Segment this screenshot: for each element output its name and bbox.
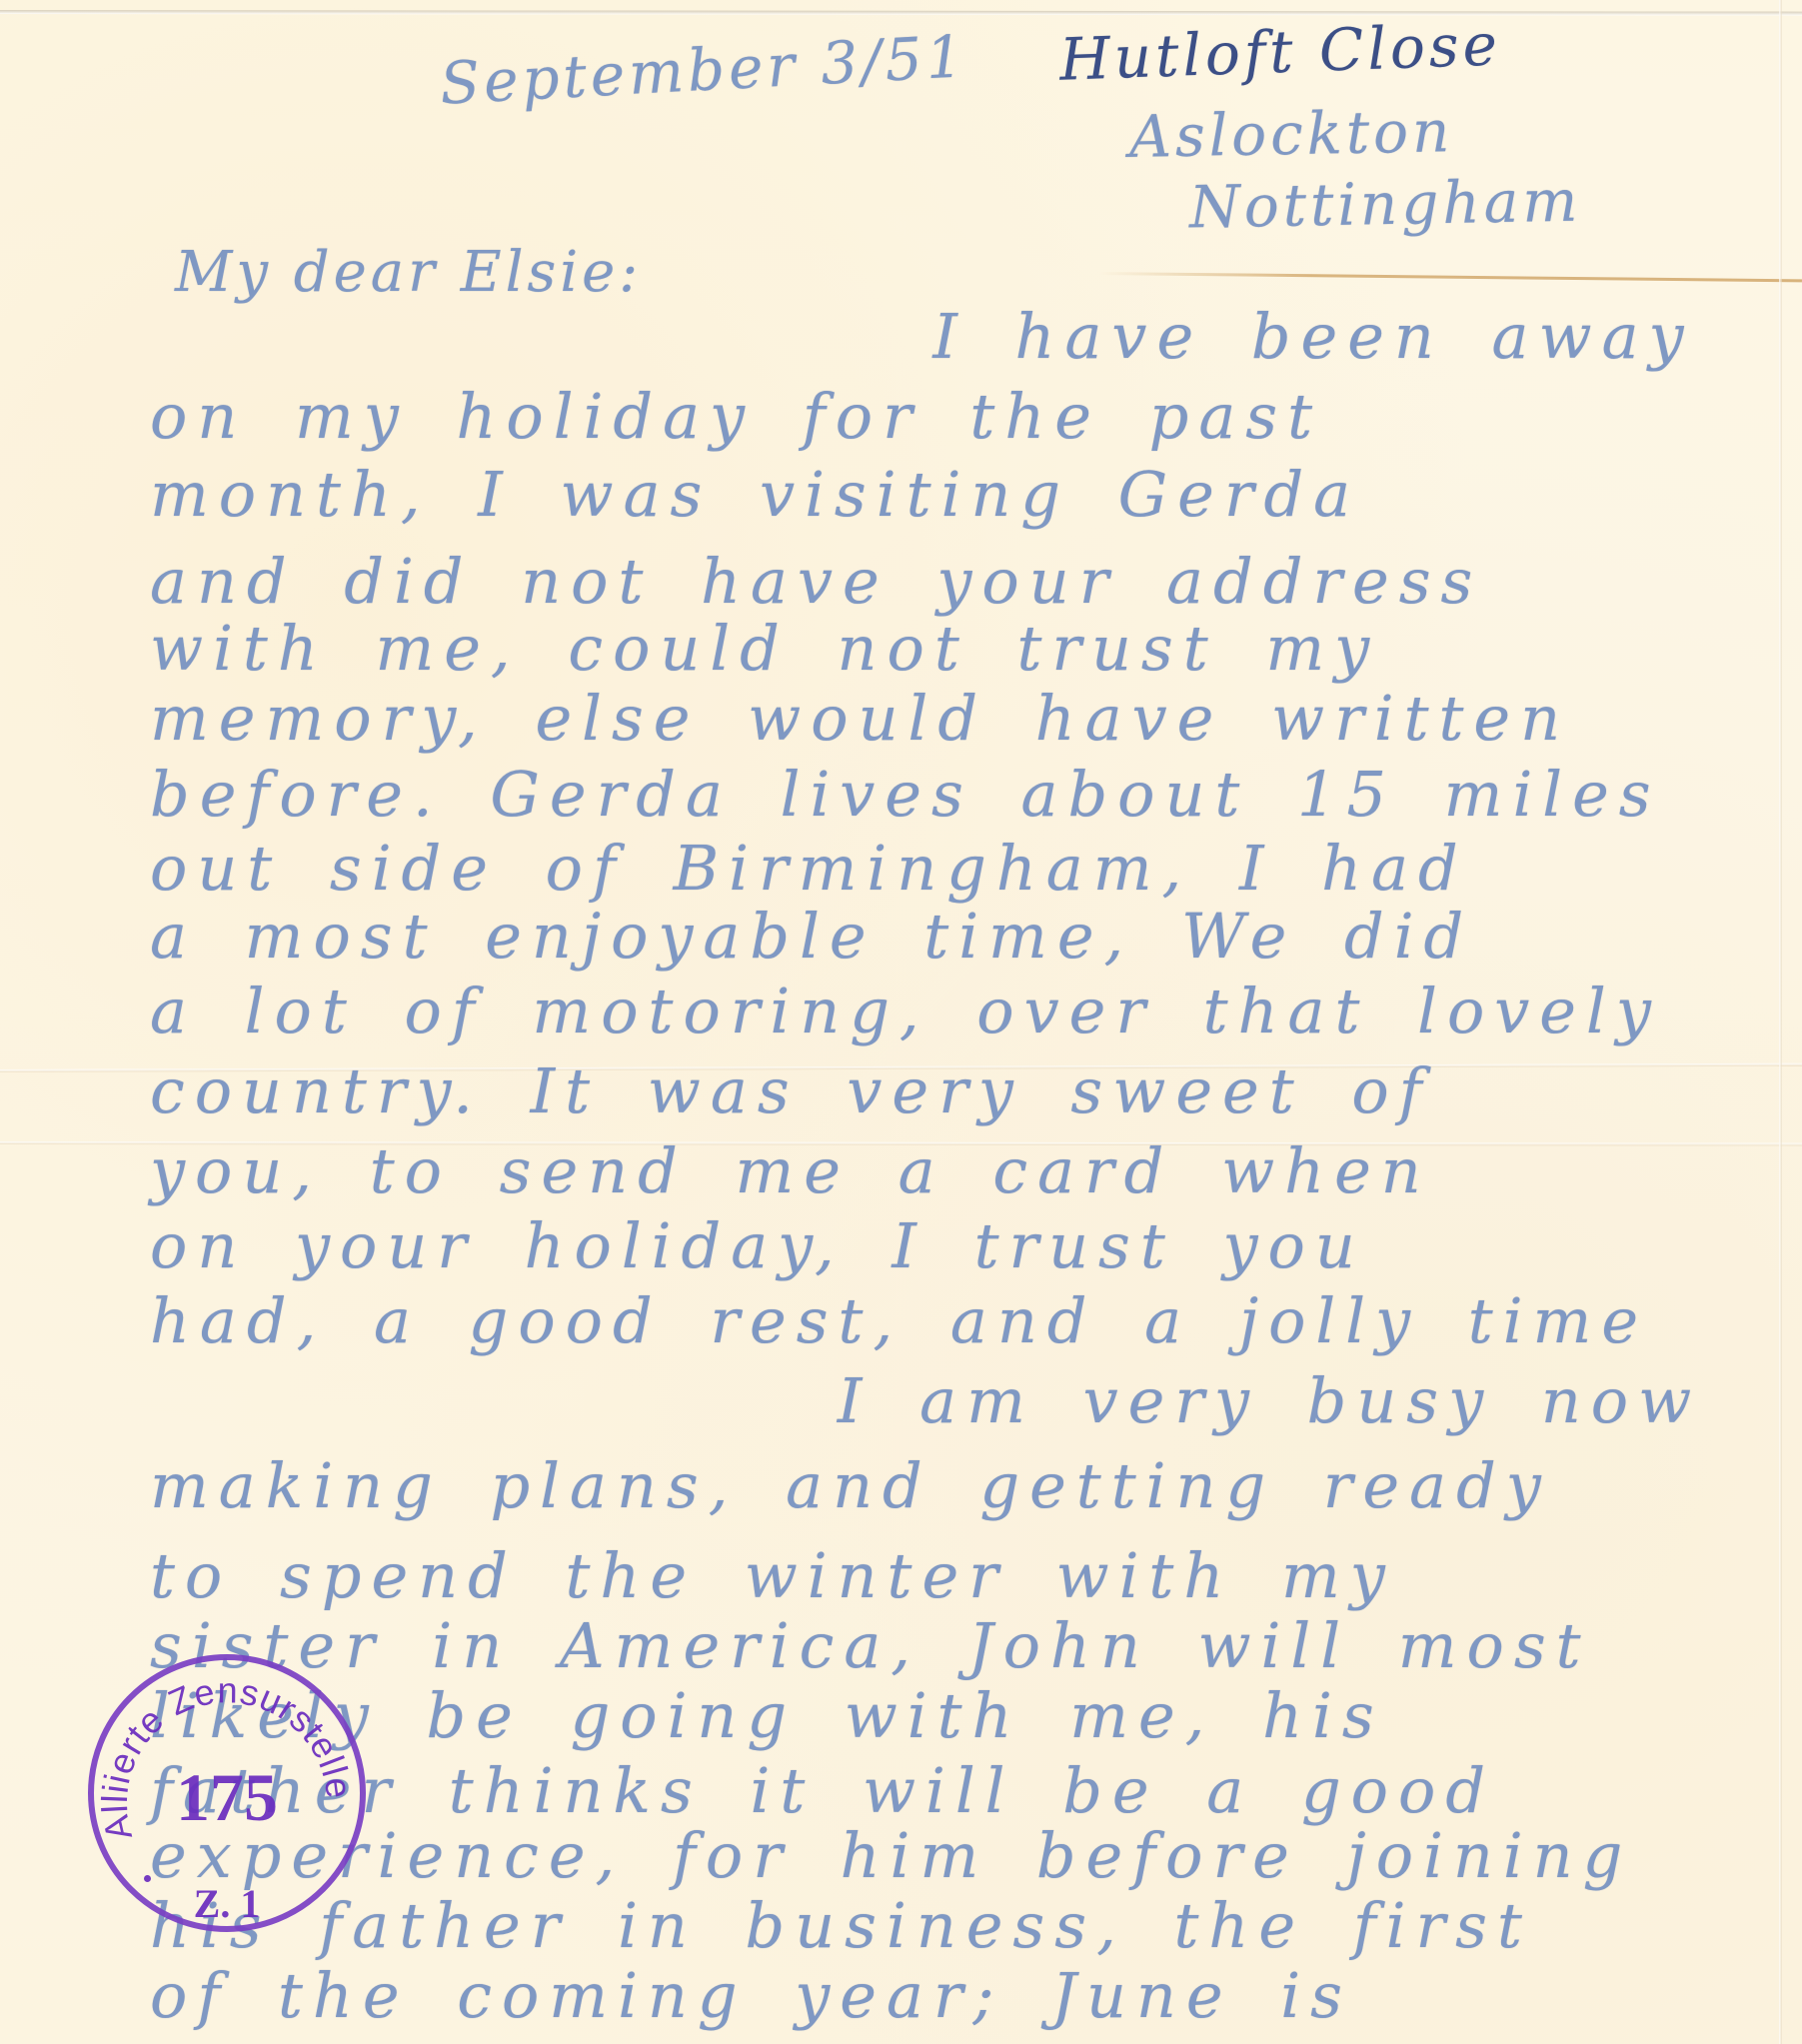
body-line: memory, else would have written (150, 682, 1570, 755)
body-line: had, a good rest, and a jolly time (150, 1284, 1648, 1357)
address-city: Nottingham (1188, 167, 1581, 242)
body-line: I am very busy now (170, 1364, 1701, 1437)
body-line: you, to send me a card when (150, 1134, 1431, 1207)
stamp-number: 175 (94, 1758, 360, 1837)
body-line: out side of Birmingham, I had (150, 832, 1468, 905)
address-town: Aslockton (1128, 97, 1453, 171)
address-street: Hutloft Close (1058, 10, 1502, 93)
letter-date: September 3/51 (439, 22, 969, 118)
top-edge-crease (0, 10, 1802, 16)
body-line: sister in America, John will most (150, 1609, 1591, 1682)
body-line: making plans, and getting ready (150, 1449, 1551, 1522)
stamp-zone: Z. 1 (94, 1880, 360, 1927)
right-edge-fold (1779, 0, 1782, 2044)
body-line: to spend the winter with my (150, 1539, 1395, 1612)
body-line: I have been away (170, 300, 1694, 373)
body-line: before. Gerda lives about 15 miles (150, 758, 1661, 831)
body-line: country. It was very sweet of (150, 1054, 1432, 1127)
salutation: My dear Elsie: (175, 240, 642, 305)
body-line: on your holiday, I trust you (150, 1209, 1365, 1282)
body-line: a lot of motoring, over that lovely (150, 975, 1661, 1047)
letter-page: September 3/51 Hutloft Close Aslockton N… (0, 0, 1802, 2044)
body-line: experience, for him before joining (150, 1819, 1632, 1892)
censor-stamp: Alliierte Zensurstelle 175 Z. 1 (88, 1654, 366, 1932)
body-line: and did not have your address (150, 545, 1482, 618)
body-line: of the coming year; June is (150, 1959, 1352, 2032)
body-line: with me, could not trust my (150, 612, 1379, 685)
body-line: month, I was visiting Gerda (150, 458, 1360, 531)
body-line: a most enjoyable time, We did (150, 900, 1473, 973)
fold-stain (1099, 272, 1802, 282)
body-line: on my holiday for the past (150, 380, 1322, 453)
